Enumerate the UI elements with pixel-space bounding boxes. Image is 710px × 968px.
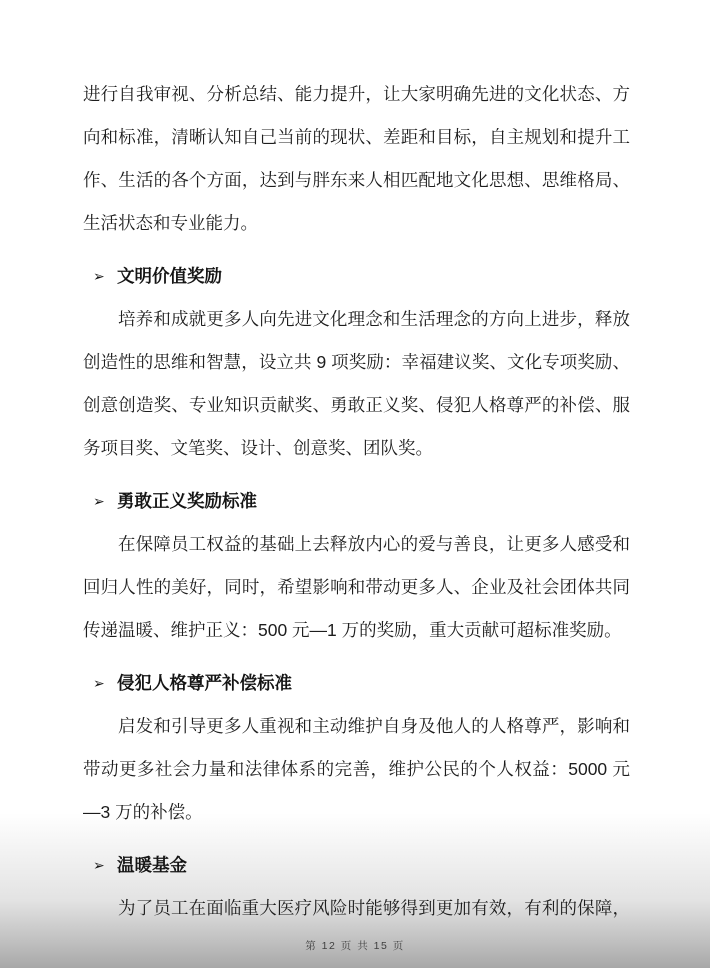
paragraph: 启发和引导更多人重视和主动维护自身及他人的人格尊严，影响和带动更多社会力量和法律… [83,705,630,834]
text-line: 生活状态和专业能力。 [83,202,630,245]
bullet-arrow-icon: ➢ [93,480,117,523]
text-line: 创造性的思维和智慧，设立共 9 项奖励：幸福建议奖、文化专项奖励、 [83,341,630,384]
paragraph: 在保障员工权益的基础上去释放内心的爱与善良，让更多人感受和回归人性的美好，同时，… [83,523,630,652]
paragraph: 培养和成就更多人向先进文化理念和生活理念的方向上进步，释放创造性的思维和智慧，设… [83,298,630,470]
document-page: 进行自我审视、分析总结、能力提升，让大家明确先进的文化状态、方向和标准，清晰认知… [0,0,710,968]
page-footer: 第 12 页 共 15 页 [0,938,710,953]
bullet-arrow-icon: ➢ [93,844,117,887]
text-line: 务项目奖、文笔奖、设计、创意奖、团队奖。 [83,427,630,470]
section-heading: ➢勇敢正义奖励标准 [83,480,630,523]
document-body: 进行自我审视、分析总结、能力提升，让大家明确先进的文化状态、方向和标准，清晰认知… [83,73,630,930]
text-line: 带动更多社会力量和法律体系的完善，维护公民的个人权益：5000 元 [83,748,630,791]
text-line: —3 万的补偿。 [83,791,630,834]
section-heading-text: 温暖基金 [117,855,187,875]
text-line: 启发和引导更多人重视和主动维护自身及他人的人格尊严，影响和 [83,705,630,748]
section-heading-text: 勇敢正义奖励标准 [117,491,257,511]
text-line: 创意创造奖、专业知识贡献奖、勇敢正义奖、侵犯人格尊严的补偿、服 [83,384,630,427]
page-number-indicator: 第 12 页 共 15 页 [305,940,404,952]
text-line: 进行自我审视、分析总结、能力提升，让大家明确先进的文化状态、方 [83,73,630,116]
section-heading: ➢侵犯人格尊严补偿标准 [83,662,630,705]
bullet-arrow-icon: ➢ [93,255,117,298]
section-heading: ➢文明价值奖励 [83,255,630,298]
text-line: 传递温暖、维护正义：500 元—1 万的奖励，重大贡献可超标准奖励。 [83,609,630,652]
text-line: 在保障员工权益的基础上去释放内心的爱与善良，让更多人感受和 [83,523,630,566]
paragraph: 为了员工在面临重大医疗风险时能够得到更加有效，有利的保障， [83,887,630,930]
paragraph: 进行自我审视、分析总结、能力提升，让大家明确先进的文化状态、方向和标准，清晰认知… [83,73,630,245]
bullet-arrow-icon: ➢ [93,662,117,705]
text-line: 培养和成就更多人向先进文化理念和生活理念的方向上进步，释放 [83,298,630,341]
text-line: 作、生活的各个方面，达到与胖东来人相匹配地文化思想、思维格局、 [83,159,630,202]
section-heading: ➢温暖基金 [83,844,630,887]
text-line: 为了员工在面临重大医疗风险时能够得到更加有效，有利的保障， [83,887,630,930]
section-heading-text: 侵犯人格尊严补偿标准 [117,673,292,693]
section-heading-text: 文明价值奖励 [117,266,222,286]
text-line: 回归人性的美好，同时，希望影响和带动更多人、企业及社会团体共同 [83,566,630,609]
text-line: 向和标准，清晰认知自己当前的现状、差距和目标，自主规划和提升工 [83,116,630,159]
